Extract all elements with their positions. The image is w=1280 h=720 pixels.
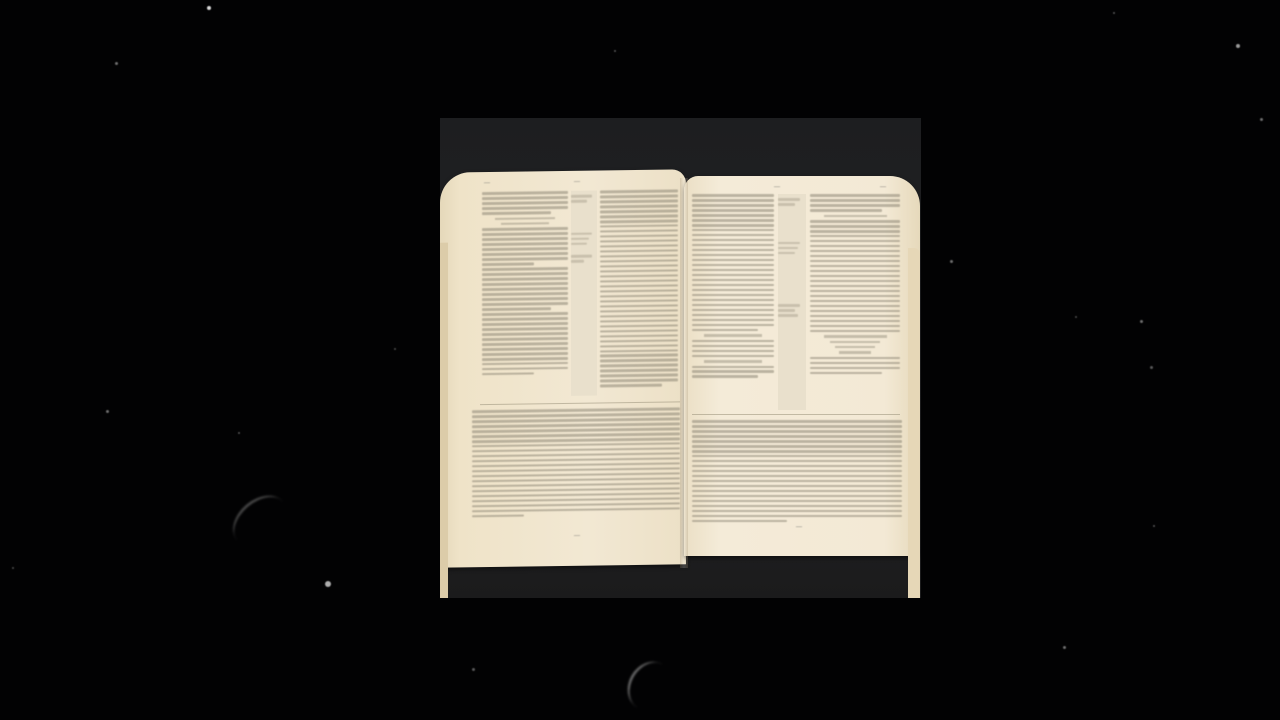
footnote-divider: [692, 414, 900, 415]
star-speck: [614, 50, 616, 52]
star-speck: [106, 410, 109, 413]
book-photo: — —: [440, 118, 921, 598]
star-speck: [12, 567, 14, 569]
page-edge: [908, 248, 920, 598]
star-speck: [238, 432, 240, 434]
left-center-header: —: [574, 179, 580, 185]
star-speck: [325, 581, 331, 587]
right-running-header: —: [880, 184, 886, 190]
right-cross-reference-column: [778, 194, 806, 410]
left-running-header: —: [484, 180, 490, 186]
star-speck: [1140, 320, 1143, 323]
star-speck: [394, 348, 396, 350]
star-speck: [1153, 525, 1155, 527]
left-page-number: —: [574, 533, 580, 539]
left-page: — —: [440, 169, 686, 567]
right-page-number: —: [796, 524, 802, 530]
star-speck: [1075, 316, 1077, 318]
right-text-column-1: [692, 194, 774, 380]
star-speck: [207, 6, 211, 10]
right-text-column-2: [810, 194, 900, 377]
star-speck: [950, 260, 953, 263]
dust-streak: [224, 486, 297, 557]
dust-streak: [619, 654, 680, 718]
right-footnotes: [692, 420, 902, 525]
star-speck: [115, 62, 118, 65]
left-text-column-2: [600, 189, 678, 389]
book-spine: [680, 178, 688, 568]
left-footnotes: [472, 407, 680, 520]
star-speck: [1236, 44, 1240, 48]
star-speck: [1150, 366, 1153, 369]
right-page: — —: [684, 176, 920, 556]
left-cross-reference-column: [571, 191, 597, 396]
footnote-divider: [480, 401, 680, 405]
page-edge: [440, 243, 448, 598]
right-center-header: —: [774, 184, 780, 190]
star-speck: [1260, 118, 1263, 121]
star-speck: [1113, 12, 1115, 14]
left-text-column-1: [482, 191, 568, 378]
star-speck: [1063, 646, 1066, 649]
star-speck: [472, 668, 475, 671]
